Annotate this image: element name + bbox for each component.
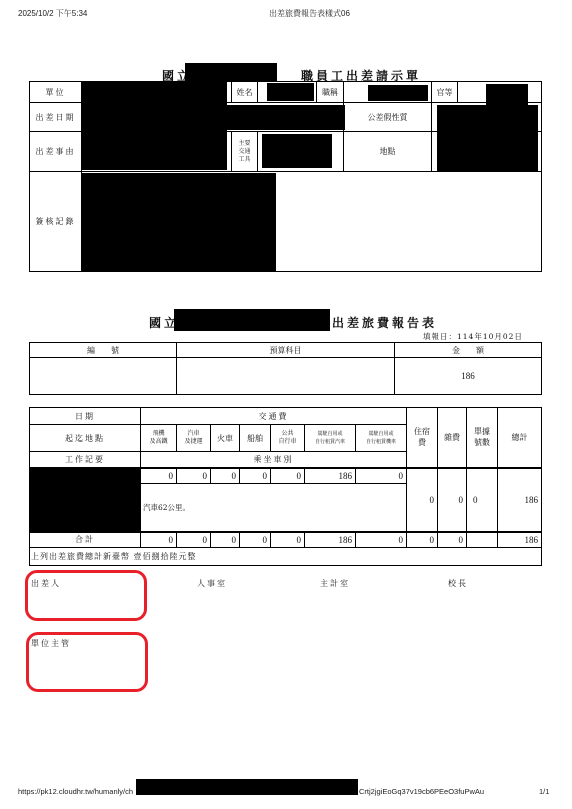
cell-receipt: 0 [467, 468, 498, 532]
redacted-reason [81, 140, 227, 170]
annotation-circle-traveler [25, 570, 147, 621]
sum-receipt [467, 532, 498, 548]
lodging-header: 住宿費 [407, 408, 438, 468]
redacted-org-name [185, 63, 277, 81]
redacted-approval-record [81, 173, 276, 271]
work-note: 汽車62公里。 [141, 484, 407, 532]
work-record-header: 工作記要 [30, 452, 141, 468]
transport-fee-header: 交通費 [141, 408, 407, 425]
cell-lodging: 0 [407, 468, 438, 532]
amount-in-words: 上列出差旅費總計新臺幣 壹佰捌拾陸元整 [30, 548, 542, 566]
budget-subject-value [177, 358, 395, 395]
sum-label: 合計 [30, 532, 141, 548]
code-value [30, 358, 177, 395]
cell-total: 186 [498, 468, 542, 532]
name-label: 姓名 [232, 82, 258, 103]
redacted-org-name-2 [174, 309, 330, 331]
redacted-url [136, 779, 358, 795]
cell-train: 0 [211, 468, 240, 484]
sum-ship: 0 [240, 532, 271, 548]
sum-bus: 0 [177, 532, 211, 548]
sum-plane: 0 [141, 532, 177, 548]
cell-misc: 0 [438, 468, 467, 532]
sum-row: 合計 0 0 0 0 0 186 0 0 0 186 [30, 532, 542, 548]
sum-bike: 0 [271, 532, 305, 548]
approval-record-label: 簽核記錄 [30, 172, 82, 272]
redacted-transport [262, 134, 332, 168]
print-url-start: https://pk12.cloudhr.tw/humanly/ch [18, 787, 133, 796]
trip-date-label: 出差日期 [30, 103, 82, 132]
cell-plane: 0 [141, 468, 177, 484]
redacted-job-title [368, 85, 428, 101]
receipt-header: 單據號數 [467, 408, 498, 468]
cell-bus: 0 [177, 468, 211, 484]
print-page-title: 出差旅費報告表樣式06 [269, 8, 350, 19]
sum-train: 0 [211, 532, 240, 548]
fill-date: 填報日：114年10月02日 [423, 331, 523, 342]
total-header: 總計 [498, 408, 542, 468]
redacted-trip-type-location [437, 105, 538, 171]
budget-subject-header: 預算科目 [177, 343, 395, 358]
location-label: 地點 [344, 132, 432, 172]
trip-type-label: 公差假性質 [344, 103, 432, 132]
print-datetime: 2025/10/2 下午5:34 [18, 8, 87, 19]
misc-header: 雜費 [438, 408, 467, 468]
annotation-circle-supervisor [26, 632, 148, 692]
redacted-unit-date [81, 82, 227, 140]
trip-reason-label: 出差事由 [30, 132, 82, 172]
signature-accounting: 主計室 [320, 578, 350, 589]
bus-mrt-header: 汽車及捷運 [177, 425, 211, 452]
cell-car: 186 [305, 468, 356, 484]
unit-label: 單位 [30, 82, 82, 103]
signature-personnel: 人事室 [197, 578, 227, 589]
private-scooter-header: 駕駛自用或自行租賃機車 [356, 425, 407, 452]
code-header: 編 號 [30, 343, 177, 358]
public-bike-header: 公共自行車 [271, 425, 305, 452]
cell-bike: 0 [271, 468, 305, 484]
private-car-header: 駕駛自用或自行租賃汽車 [305, 425, 356, 452]
route-header: 起迄地點 [30, 425, 141, 452]
vehicle-class-header: 乘坐車別 [141, 452, 407, 468]
redacted-date-route [30, 467, 140, 532]
job-title-label: 職稱 [317, 82, 344, 103]
redacted-rank [486, 84, 528, 106]
print-page-number: 1/1 [539, 787, 549, 796]
train-header: 火車 [211, 425, 240, 452]
cell-scooter: 0 [356, 468, 407, 484]
sum-scooter: 0 [356, 532, 407, 548]
amount-value: 186 [395, 358, 542, 395]
print-url-end: Crtj2jgiEoGq37v19cb6PEeO3fuPwAu [359, 787, 484, 796]
report-form-title-suffix: 出差旅費報告表 [332, 314, 437, 331]
signature-principal: 校長 [448, 578, 468, 589]
amount-header: 金 額 [395, 343, 542, 358]
budget-table: 編 號 預算科目 金 額 186 [29, 342, 542, 395]
plane-hsr-header: 飛機及高鐵 [141, 425, 177, 452]
transport-tool-label: 主要 交通 工具 [232, 132, 258, 172]
date-header: 日期 [30, 408, 141, 425]
cell-ship: 0 [240, 468, 271, 484]
sum-total: 186 [498, 532, 542, 548]
sum-car: 186 [305, 532, 356, 548]
ship-header: 船舶 [240, 425, 271, 452]
redacted-date-cont [227, 105, 345, 130]
sum-misc: 0 [438, 532, 467, 548]
redacted-name [267, 83, 314, 101]
sum-lodging: 0 [407, 532, 438, 548]
rank-label: 官等 [432, 82, 458, 103]
